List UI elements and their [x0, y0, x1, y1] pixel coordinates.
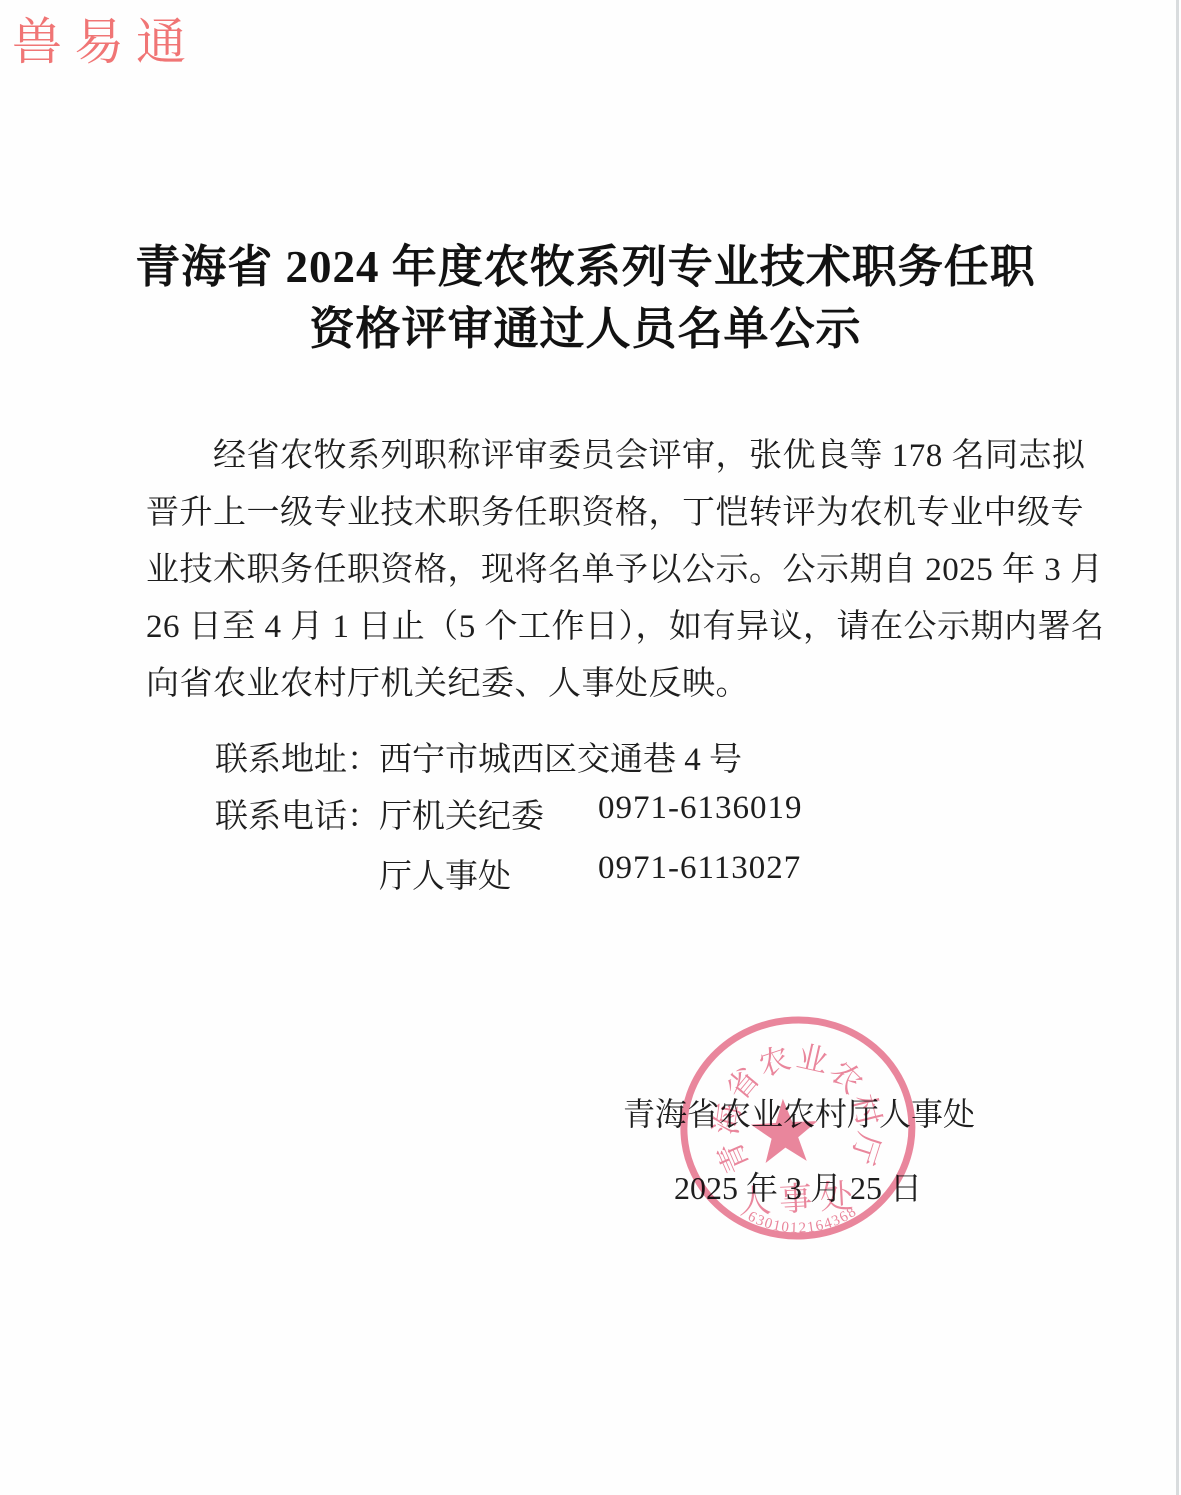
- phone-dept: 厅机关纪委: [379, 790, 544, 837]
- document-page: 兽易通 青海省 2024 年度农牧系列专业技术职务任职 资格评审通过人员名单公示…: [0, 0, 1181, 1495]
- title-line-2: 资格评审通过人员名单公示: [0, 298, 1171, 360]
- phone-dept: 厅人事处: [379, 850, 511, 897]
- body-paragraph: 经省农牧系列职称评审委员会评审，张优良等 178 名同志拟 晋升上一级专业技术职…: [146, 428, 1066, 713]
- paragraph-line: 业技术职务任职资格，现将名单予以公示。公示期自 2025 年 3 月: [146, 542, 1066, 599]
- title-line-1: 青海省 2024 年度农牧系列专业技术职务任职: [0, 236, 1171, 298]
- seal-ring-text: 青海省农业农村厅: [704, 1034, 890, 1179]
- document-title: 青海省 2024 年度农牧系列专业技术职务任职 资格评审通过人员名单公示: [0, 236, 1171, 360]
- contact-address-row: 联系地址： 西宁市城西区交通巷 4 号: [0, 733, 1181, 777]
- address-label: 联系地址：: [215, 733, 380, 780]
- phone-number: 0971-6113027: [598, 850, 801, 887]
- phone-label: 联系电话：: [215, 790, 380, 837]
- phone-number: 0971-6136019: [598, 790, 803, 827]
- paragraph-line: 26 日至 4 月 1 日止（5 个工作日），如有异议，请在公示期内署名: [146, 599, 1066, 656]
- star-icon: [750, 1097, 820, 1164]
- watermark-logo: 兽易通: [12, 2, 198, 74]
- contact-phone-row-1: 联系电话： 厅机关纪委 0971-6136019: [0, 790, 1181, 834]
- paragraph-line: 晋升上一级专业技术职务任职资格，丁恺转评为农机专业中级专: [146, 485, 1066, 542]
- contact-phone-row-2: 厅人事处 0971-6113027: [0, 850, 1181, 894]
- official-seal: 青海省农业农村厅 人事处 6301012164368: [670, 1008, 926, 1252]
- address-value: 西宁市城西区交通巷 4 号: [379, 733, 742, 780]
- paragraph-line: 向省农业农村厅机关纪委、人事处反映。: [146, 656, 1066, 713]
- paragraph-line: 经省农牧系列职称评审委员会评审，张优良等 178 名同志拟: [146, 428, 1066, 485]
